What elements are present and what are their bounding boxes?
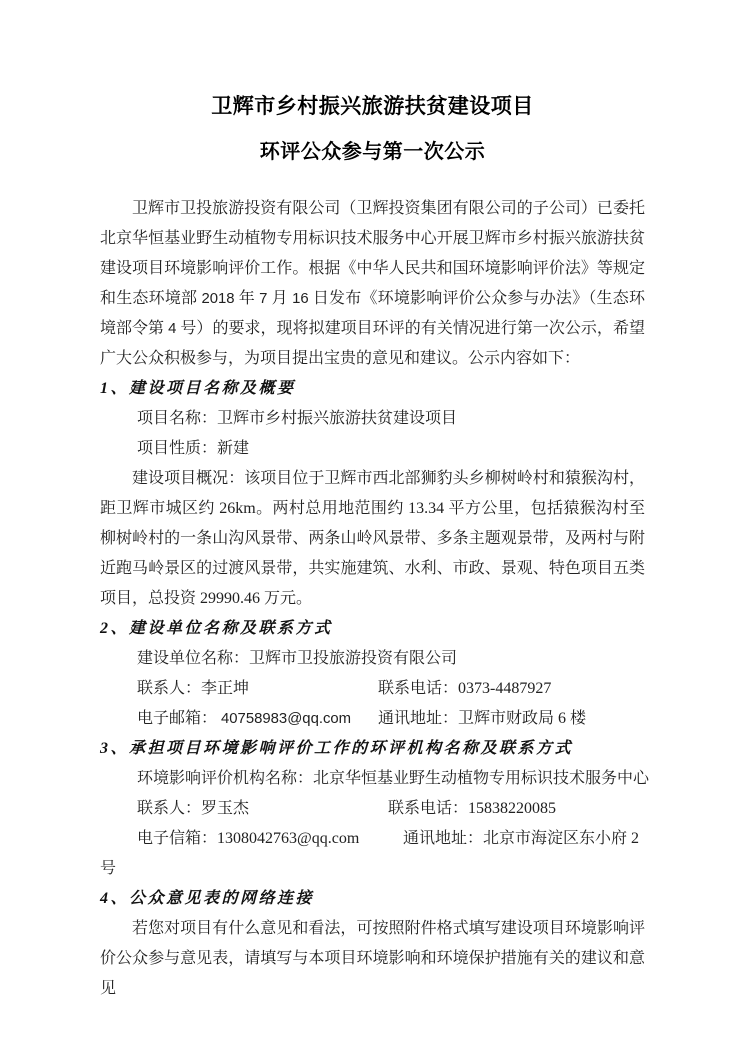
- construction-unit-name-line: 建设单位名称：卫辉市卫投旅游投资有限公司: [100, 644, 645, 674]
- section-4-heading: 4、公众意见表的网络连接: [100, 884, 645, 914]
- project-nature-line: 项目性质：新建: [100, 434, 645, 464]
- doc-title: 卫辉市乡村振兴旅游扶贫建设项目: [100, 90, 645, 122]
- project-overview-paragraph: 建设项目概况：该项目位于卫辉市西北部狮豹头乡柳树岭村和猿猴沟村，距卫辉市城区约 …: [100, 464, 645, 614]
- agency-contact-row: 联系人：罗玉杰 联系电话：15838220085: [100, 794, 645, 824]
- unit-email: 电子邮箱： 40758983@qq.com: [137, 710, 351, 727]
- document-body: 卫辉市卫投旅游投资有限公司（卫辉投资集团有限公司的子公司）已委托北京华恒基业野生…: [100, 194, 645, 1004]
- section-2-heading: 2、建设单位名称及联系方式: [100, 614, 645, 644]
- intro-paragraph: 卫辉市卫投旅游投资有限公司（卫辉投资集团有限公司的子公司）已委托北京华恒基业野生…: [100, 194, 645, 374]
- unit-contact-person: 联系人：李正坤: [137, 680, 249, 697]
- agency-email: 电子信箱：1308042763@qq.com: [137, 830, 359, 847]
- section-3-heading: 3、承担项目环境影响评价工作的环评机构名称及联系方式: [100, 734, 645, 764]
- eia-agency-name-line: 环境影响评价机构名称：北京华恒基业野生动植物专用标识技术服务中心: [100, 764, 645, 794]
- agency-mailing-address: 通讯地址：北京市海淀区东小府 2: [403, 824, 639, 854]
- agency-contact-person: 联系人：罗玉杰: [137, 800, 249, 817]
- unit-contact-row: 联系人：李正坤 联系电话：0373-4487927: [100, 674, 645, 704]
- feedback-instructions-paragraph: 若您对项目有什么意见和看法，可按照附件格式填写建设项目环境影响评价公众参与意见表…: [100, 914, 645, 1004]
- agency-contact-phone: 联系电话：15838220085: [388, 794, 556, 824]
- agency-address-wrap-line: 号: [100, 854, 645, 884]
- unit-email-address-row: 电子邮箱： 40758983@qq.com 通讯地址：卫辉市财政局 6 楼: [100, 704, 645, 734]
- unit-mailing-address: 通讯地址：卫辉市财政局 6 楼: [378, 704, 586, 734]
- unit-contact-phone: 联系电话：0373-4487927: [378, 674, 551, 704]
- section-1-heading: 1、建设项目名称及概要: [100, 374, 645, 404]
- agency-email-address-row: 电子信箱：1308042763@qq.com 通讯地址：北京市海淀区东小府 2: [100, 824, 645, 854]
- document-page: 卫辉市乡村振兴旅游扶贫建设项目 环评公众参与第一次公示 卫辉市卫投旅游投资有限公…: [0, 0, 744, 1052]
- doc-subtitle: 环评公众参与第一次公示: [100, 136, 645, 168]
- project-name-line: 项目名称：卫辉市乡村振兴旅游扶贫建设项目: [100, 404, 645, 434]
